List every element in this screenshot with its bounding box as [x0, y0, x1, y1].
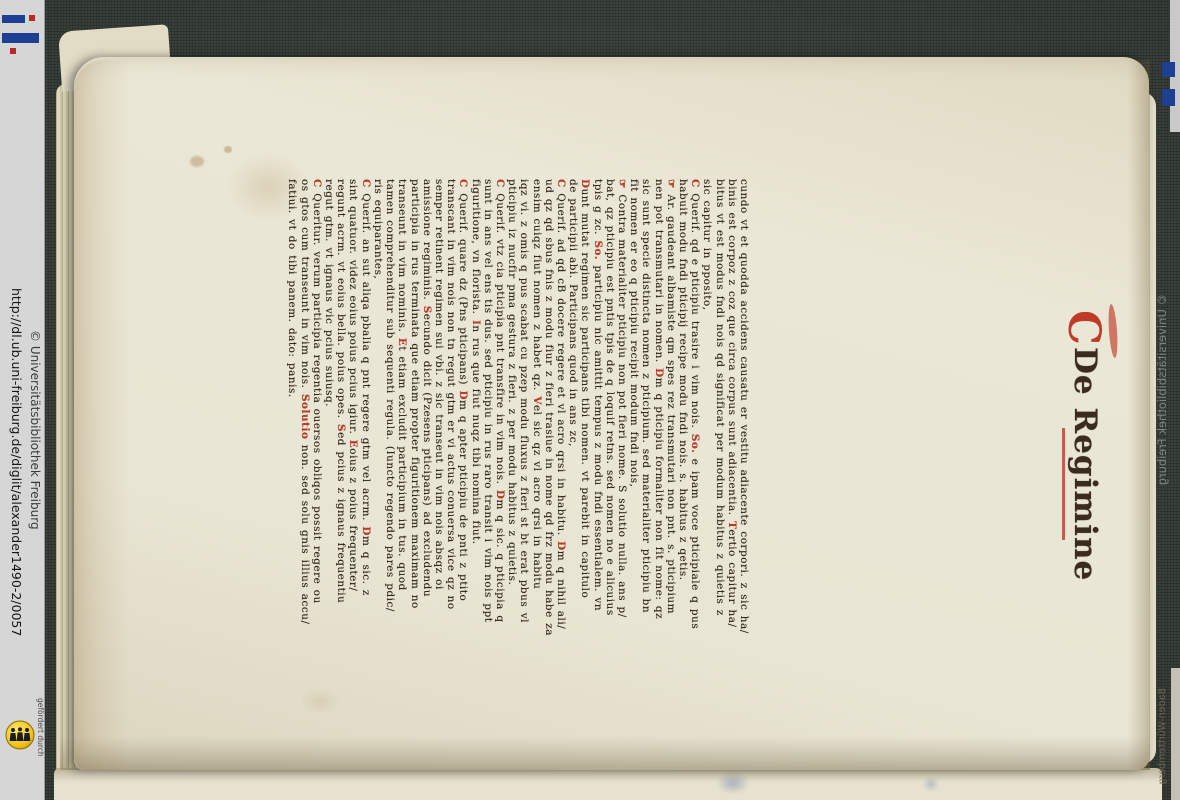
- text-line: semper retinent regimen sui vbi. z sic t…: [433, 179, 445, 757]
- logo-bar: [2, 33, 39, 43]
- text-line: transeunt in vim nominis. Et etiam exclu…: [396, 179, 408, 757]
- logo-square: [29, 15, 35, 21]
- text-line: figuritione, vn florista. In rus que fiu…: [469, 179, 481, 757]
- text-line: transcant in vim nois non tn regut gtm e…: [445, 179, 457, 757]
- text-line: sint quatuor. videz eoius poius pcius ig…: [347, 179, 359, 757]
- text-line: ☞ Contra materialiter pticipiu non pot f…: [616, 179, 628, 757]
- text-line: sic capitur in pposito,: [701, 179, 713, 757]
- text-line: C Querif. vtz cia pticipia pnt transfire…: [494, 179, 506, 757]
- text-line: regut gtm. vt ignaus vic pcius suiusq.: [323, 179, 335, 757]
- page-content-rotated: CDe Regimine cundo vt et quodda accidens…: [74, 57, 1149, 770]
- funding-logo-icon: [5, 720, 35, 750]
- text-line: cundo vt et quodda accidens causatu er v…: [738, 179, 750, 757]
- text-line: regunt acrm. vt eoius bella. poius opes.…: [335, 179, 347, 757]
- red-flourish: [1107, 304, 1119, 358]
- mirrored-copyright-notice: © Universitätsbibliothek Freiburg: [1155, 294, 1169, 485]
- text-line: pticipiu iz nucfir pma gestura z fieri. …: [506, 179, 518, 757]
- text-line: Dunt mutat regimen sic participans tibi …: [579, 179, 591, 757]
- text-line: amissione regiminis. Secundo dicit (Pzes…: [421, 179, 433, 757]
- text-line: fatiui. vt do tibi panem. dato: panis.: [286, 179, 298, 757]
- running-title-text: De Regimine: [1067, 347, 1103, 581]
- logo-bar: [2, 15, 25, 23]
- underlying-page-bottom: [54, 768, 1162, 800]
- text-line: sunt in ans vel ens tis dus. sed pticipi…: [482, 179, 494, 757]
- text-line: tamen comprehenditur sub sequenti regula…: [384, 179, 396, 757]
- text-line: habuit modu fndi pticipij recipe modu fn…: [677, 179, 689, 757]
- red-underline: [1062, 428, 1065, 540]
- ink-smudge: [716, 772, 750, 794]
- text-line: C Querif. qd e pticipiu trasire i vim no…: [689, 179, 701, 757]
- right-partial-logo-icon: [1162, 89, 1175, 106]
- text-line: iqz vi. z omis q pus scabat cu pzep modu…: [518, 179, 530, 757]
- funding-label: gefördert durch: [36, 698, 45, 757]
- text-line: ris equiparantes,: [372, 179, 384, 757]
- copyright-notice: © Universitätsbibliothek Freiburg: [28, 330, 42, 530]
- text-line: bat, qz pticipiu est pntis tpis de q loq…: [604, 179, 616, 757]
- text-line: ud qz qd sbus fnis z modu fiur z fieri t…: [543, 179, 555, 757]
- right-calibration-strip-bottom: [1171, 668, 1180, 800]
- scan-viewer: CDe Regimine cundo vt et quodda accidens…: [0, 0, 1180, 800]
- text-line: sic sunt specie distincta nomen z pticip…: [640, 179, 652, 757]
- left-frame-strip: http://dl.ub.uni-freiburg.de/diglit/alex…: [0, 0, 45, 800]
- text-line: fit nomen er eo q pticipiu recipit modum…: [628, 179, 640, 757]
- ink-smudge: [922, 776, 940, 792]
- right-partial-logo-icon: [1162, 62, 1175, 77]
- text-line: C Queritur. verum participia regentia ou…: [311, 179, 323, 757]
- text-line: nen pot transmutari in nomen. Dm q ptici…: [652, 179, 664, 757]
- text-line: participia in rus terminata que etiam pr…: [408, 179, 420, 757]
- text-line: ☞ Ar. gaudeant albamiste qm spes rez tra…: [665, 179, 677, 757]
- diglit-library-logo-icon: [2, 6, 42, 54]
- text-line: tpis g zc. So. participiu nic amittit te…: [591, 179, 603, 757]
- text-line: C Querif. ad qd cB docere regere et vl a…: [555, 179, 567, 757]
- text-line: binis est corpoz z coz que circa corpus …: [726, 179, 738, 757]
- logo-square: [10, 48, 16, 54]
- running-title: CDe Regimine: [1058, 310, 1109, 581]
- text-line: os gtos cum transeunt in vim nois. Solut…: [298, 179, 310, 757]
- red-pilcrow-mark: C: [1058, 310, 1109, 345]
- text-line: C Querif. an sut aliqa pbalia q pnt rege…: [360, 179, 372, 757]
- text-line: ensim cuiqz fiut nomen z habet qz. Vel s…: [530, 179, 542, 757]
- source-url: http://dl.ub.uni-freiburg.de/diglit/alex…: [9, 288, 24, 636]
- text-block: cundo vt et quodda accidens causatu er v…: [286, 179, 750, 757]
- text-line: de participii abi. Participans quod in a…: [567, 179, 579, 757]
- text-line: bitus vt est modus fndi nois qd signific…: [713, 179, 725, 757]
- text-line: C Querif. quare dz (Pns pticipans) Dm q …: [457, 179, 469, 757]
- mirrored-region-label: Baden-Württemberg: [1157, 688, 1168, 784]
